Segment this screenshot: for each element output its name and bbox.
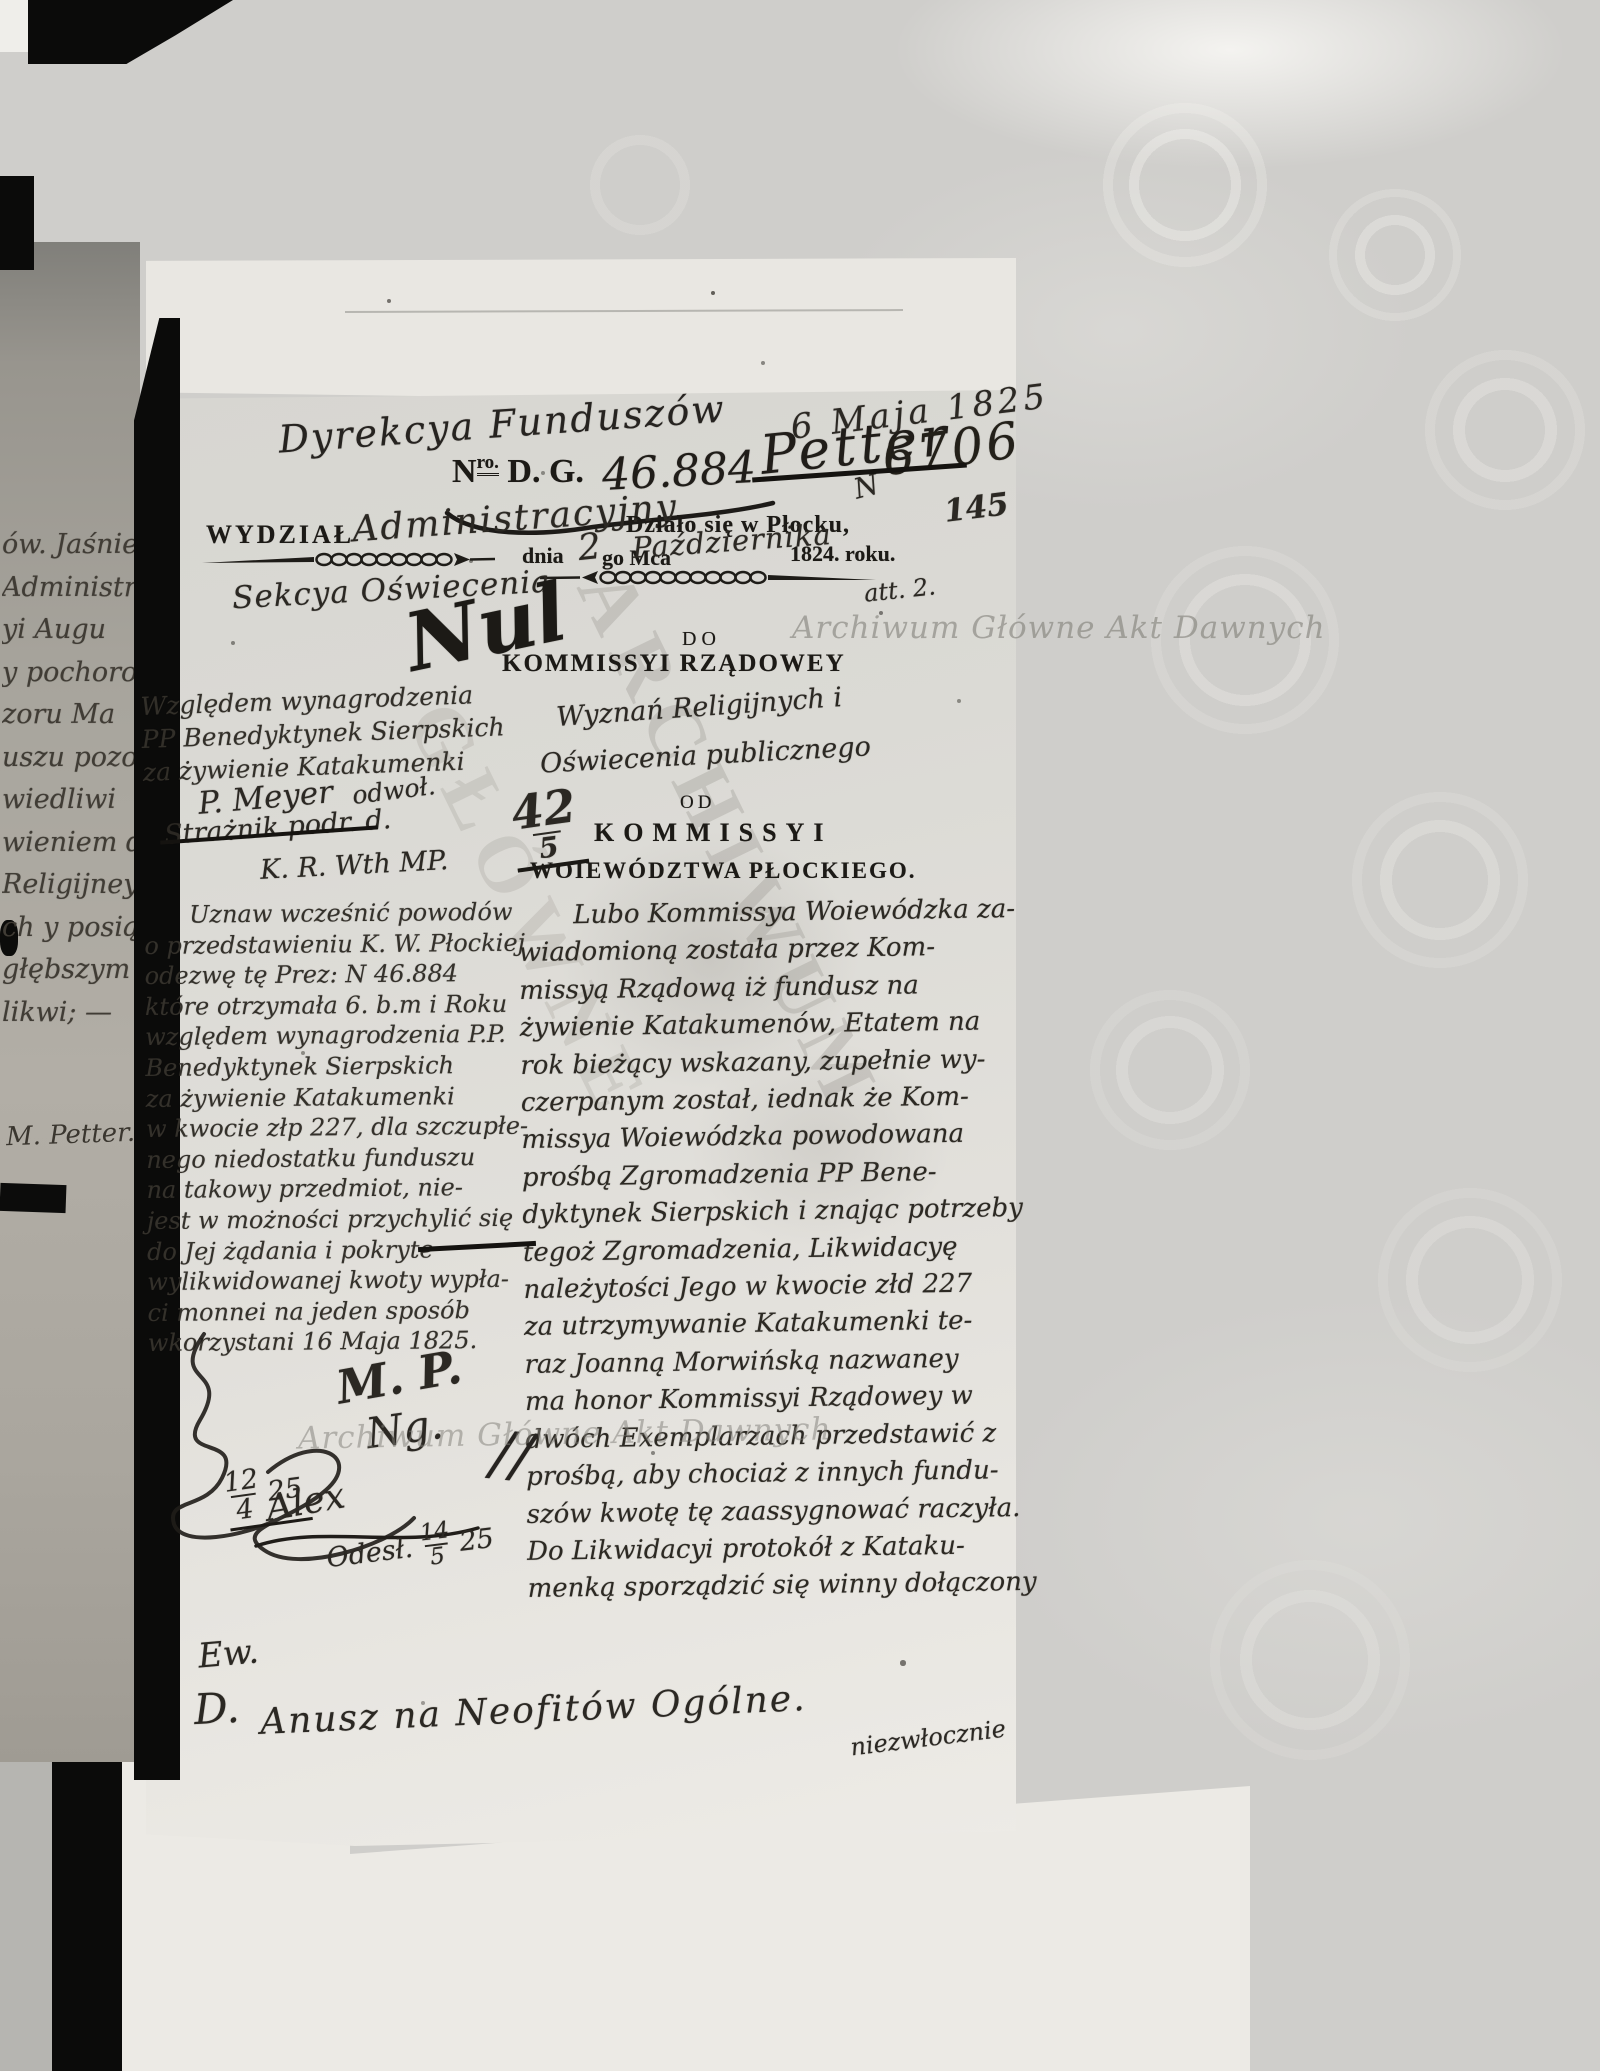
date-year: 1824. roku. — [790, 541, 895, 567]
left-column-text: Uznaw wcześnić powodówo przedstawieniu K… — [144, 897, 546, 1359]
sender-commission: KOMMISSYI — [594, 818, 832, 848]
fraction-bottom: 5 — [425, 1542, 451, 1570]
handwritten-line: nego niedostatku funduszu — [146, 1141, 544, 1175]
margin-number-fraction: 425 — [507, 781, 590, 872]
archival-scan: ów. JaśnieAdministrayi Auguy pochorozoru… — [0, 0, 1600, 2071]
handwritten-line: missya Woiewódzka powodowana — [521, 1115, 1026, 1159]
left-page-signature: M. Petter. — [6, 1118, 136, 1152]
handwritten-line: głębszym — [2, 949, 142, 992]
handwritten-line: Benedyktynek Sierpskich — [145, 1049, 543, 1083]
handwritten-line: jest w możności przychylić się — [147, 1202, 545, 1236]
handwritten-line: wiedliwi — [2, 779, 142, 822]
film-frame-bottom — [52, 1762, 122, 2071]
handwritten-line: żywienie Katakumenów, Etatem na — [520, 1003, 1025, 1047]
handwritten-line: prośbą, aby chociaż z innych fundu- — [526, 1452, 1031, 1496]
fraction-bottom: 4 — [230, 1493, 259, 1525]
handwritten-line: yi Augu — [2, 609, 142, 652]
bottom-initial-d: D. — [193, 1683, 241, 1734]
right-column-text: Lubo Kommissya Woiewódzka za-wiadomioną … — [518, 891, 1033, 1609]
department-label: WYDZIAŁ — [206, 520, 354, 550]
left-page: ów. JaśnieAdministrayi Auguy pochorozoru… — [0, 242, 140, 1762]
number-dg: D. G. — [507, 453, 584, 490]
document-sheet-top — [146, 258, 1016, 404]
dispatch-label: Odesł. — [325, 1532, 415, 1573]
fraction-bottom: 5 — [533, 830, 564, 864]
handwritten-line: do Jej żądania i pokryte — [147, 1233, 545, 1267]
film-frame-corner — [0, 0, 32, 52]
handwritten-line: które otrzymała 6. b.m i Roku — [145, 988, 543, 1022]
fraction-top: 42 — [509, 782, 579, 836]
handwritten-line: w kwocie złp 227, dla szczupłe- — [146, 1111, 544, 1145]
address-od: OD — [680, 792, 715, 814]
handwritten-line: likwi; — — [2, 992, 142, 1035]
handwritten-line: odezwę tę Prez: N 46.884 — [145, 958, 543, 992]
handwritten-line: o przedstawieniu K. W. Płockiej — [144, 927, 542, 961]
date-day-handwritten: 2 — [576, 526, 603, 569]
ornamental-rule — [538, 566, 878, 590]
address-commission: KOMMISSYI RZĄDOWEY — [502, 650, 846, 678]
number-n: N — [452, 453, 477, 490]
handwritten-line: Administra — [2, 567, 142, 610]
handwritten-line: ch y posiąd — [2, 907, 142, 950]
handwritten-line: względem wynagrodzenia P.P. — [145, 1019, 543, 1053]
left-page-text: ów. JaśnieAdministrayi Auguy pochorozoru… — [2, 524, 142, 1034]
handwritten-line: wylikwidowanej kwoty wypła- — [147, 1264, 545, 1298]
dark-streak — [0, 1183, 66, 1213]
dispatch-date-fraction: 145 — [419, 1519, 454, 1570]
handwritten-line: za żywienie Katakumenki — [146, 1080, 544, 1114]
handwritten-line: zoru Ma — [2, 694, 142, 737]
paper-specks — [0, 0, 2, 2]
film-edge-gray — [0, 1762, 52, 2071]
handwritten-line: ów. Jaśnie — [2, 524, 142, 567]
handwritten-line: y pochoro — [2, 652, 142, 695]
film-frame-left — [0, 176, 34, 270]
dispatch-year: 25 — [458, 1522, 496, 1557]
handwritten-line: Uznaw wcześnić powodów — [144, 897, 542, 931]
document-number-label: Nro. D. G. — [452, 452, 584, 491]
handwritten-line: na takowy przedmiot, nie- — [146, 1172, 544, 1206]
number-superscript: ro. — [477, 452, 499, 476]
handwritten-line: menką sporządzić się winny dołączony — [527, 1564, 1032, 1608]
handwritten-line: wieniem do — [2, 822, 142, 865]
bottom-initials-ew: Ew. — [196, 1631, 260, 1676]
handwritten-line: Lubo Kommissya Woiewódzka za- — [518, 891, 1023, 935]
date-fraction: 124 — [222, 1465, 264, 1525]
address-do: DO — [682, 628, 721, 651]
handwritten-line: Religijney — [2, 864, 142, 907]
handwritten-line: uszu pozost — [2, 737, 142, 780]
archive-watermark: Archiwum Główne Akt Dawnych — [792, 610, 1326, 646]
